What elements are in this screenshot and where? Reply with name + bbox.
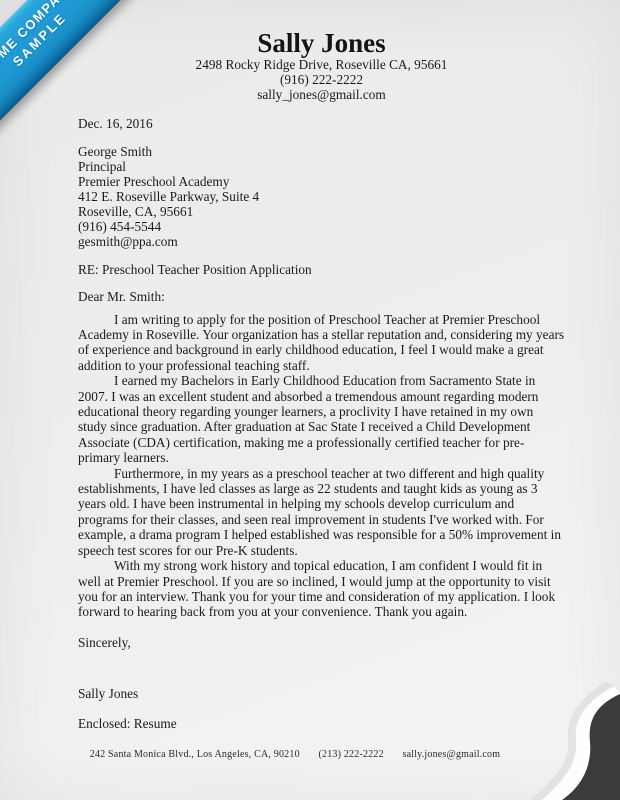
footer-email: sally.jones@gmail.com xyxy=(402,749,500,760)
body-paragraph-2: I earned my Bachelors in Early Childhood… xyxy=(78,373,565,465)
letter-footer: 242 Santa Monica Blvd., Los Angeles, CA,… xyxy=(0,749,590,760)
valediction: Sincerely, xyxy=(78,635,565,650)
sender-email: sally_jones@gmail.com xyxy=(78,88,565,103)
screenshot-stage: Sally Jones 2498 Rocky Ridge Drive, Rose… xyxy=(0,0,620,800)
footer-phone: (213) 222-2222 xyxy=(318,749,383,760)
recipient-title: Principal xyxy=(78,159,565,174)
sender-address: 2498 Rocky Ridge Drive, Roseville CA, 95… xyxy=(78,58,565,73)
footer-address: 242 Santa Monica Blvd., Los Angeles, CA,… xyxy=(90,749,300,760)
recipient-city: Roseville, CA, 95661 xyxy=(78,204,565,219)
letter-content: Sally Jones 2498 Rocky Ridge Drive, Rose… xyxy=(0,0,620,800)
body-paragraph-4: With my strong work history and topical … xyxy=(78,558,565,620)
recipient-phone: (916) 454-5544 xyxy=(78,219,565,234)
recipient-block: George Smith Principal Premier Preschool… xyxy=(78,144,565,249)
recipient-name: George Smith xyxy=(78,144,565,159)
recipient-organization: Premier Preschool Academy xyxy=(78,174,565,189)
signature-name: Sally Jones xyxy=(78,686,565,701)
sender-name: Sally Jones xyxy=(78,28,565,58)
sender-phone: (916) 222-2222 xyxy=(78,73,565,88)
salutation: Dear Mr. Smith: xyxy=(78,289,565,304)
body-paragraph-3: Furthermore, in my years as a preschool … xyxy=(78,466,565,558)
letter-page: Sally Jones 2498 Rocky Ridge Drive, Rose… xyxy=(0,0,620,800)
body-paragraph-1: I am writing to apply for the position o… xyxy=(78,312,565,374)
recipient-street: 412 E. Roseville Parkway, Suite 4 xyxy=(78,189,565,204)
letter-header: Sally Jones 2498 Rocky Ridge Drive, Rose… xyxy=(78,28,565,102)
letter-body: I am writing to apply for the position o… xyxy=(78,312,565,620)
subject-line: RE: Preschool Teacher Position Applicati… xyxy=(78,262,565,277)
letter-date: Dec. 16, 2016 xyxy=(78,116,565,131)
enclosure-note: Enclosed: Resume xyxy=(78,716,565,731)
recipient-email: gesmith@ppa.com xyxy=(78,234,565,249)
